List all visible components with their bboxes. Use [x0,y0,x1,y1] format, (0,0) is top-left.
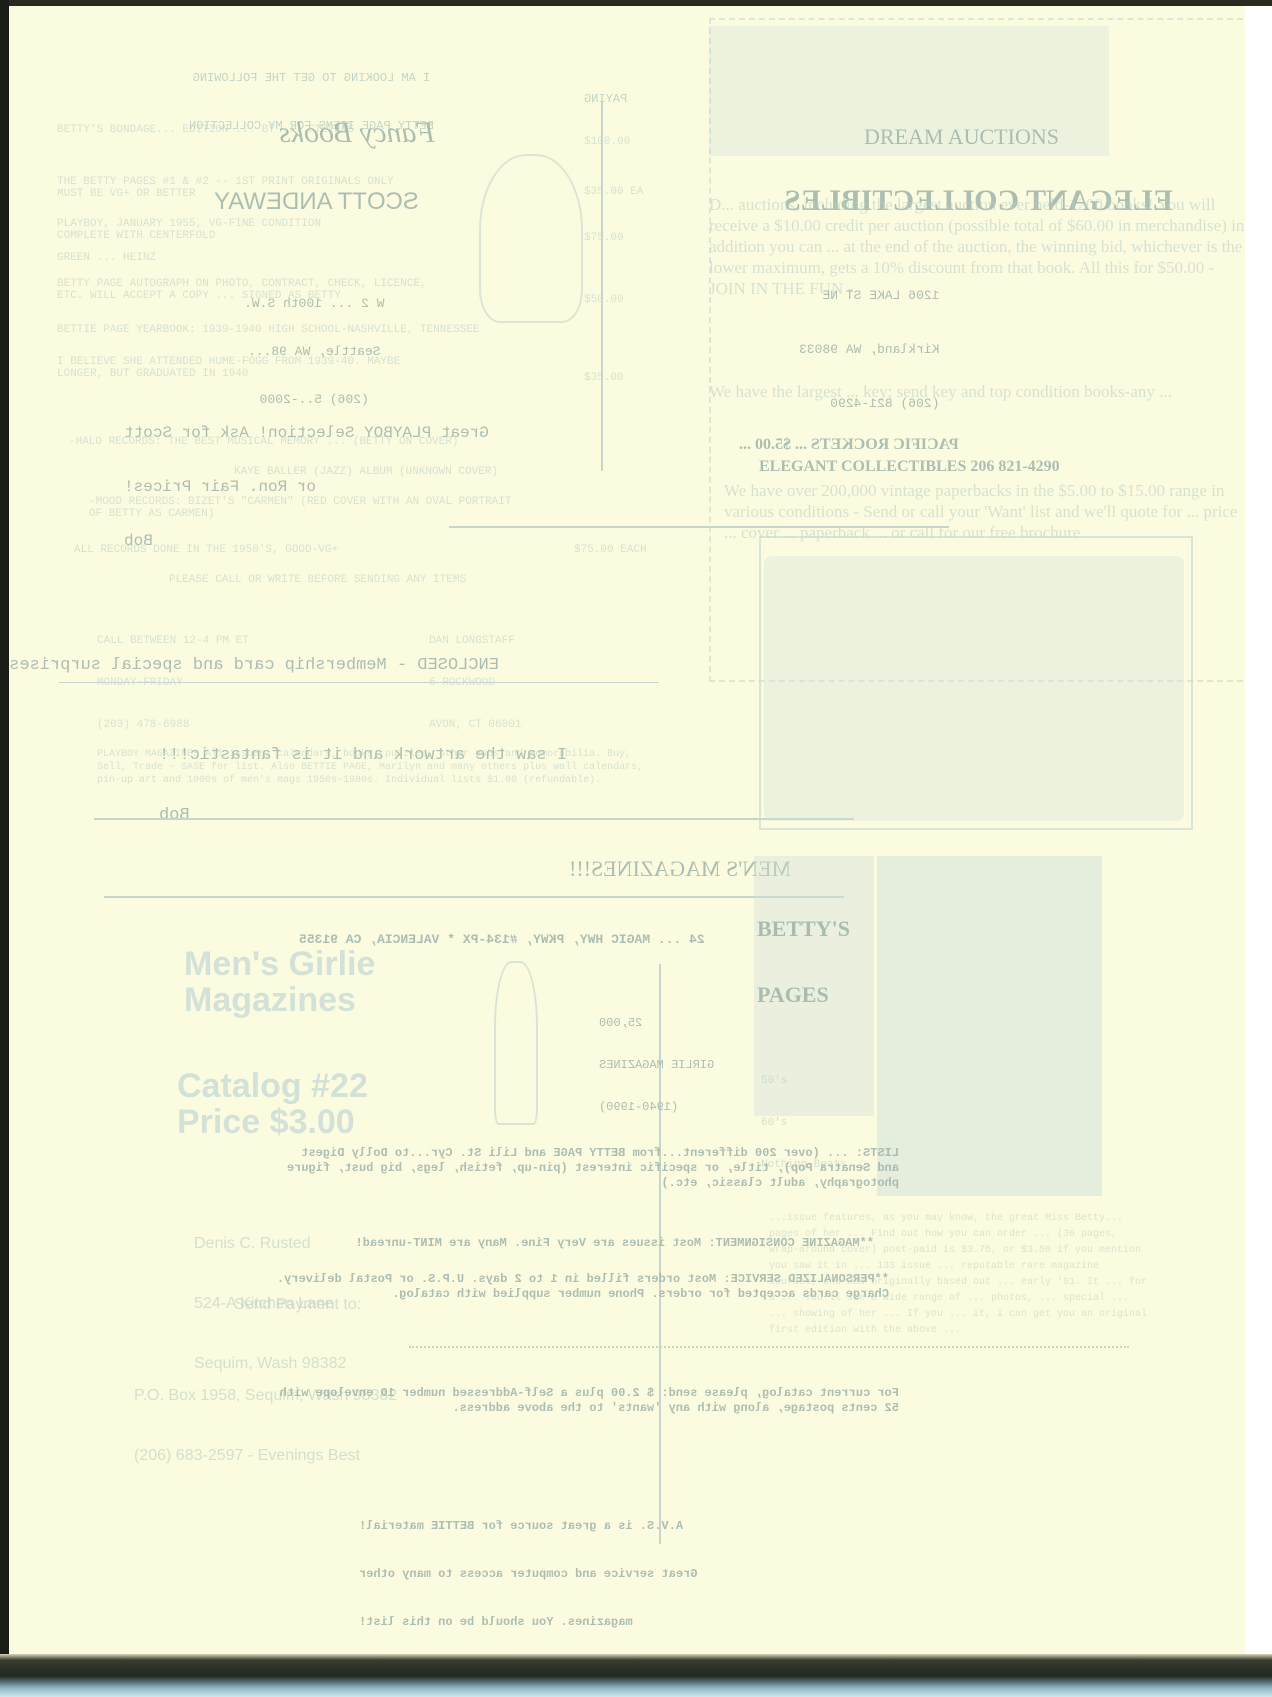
po-box: P.O. Box 1958, Sequim, Wash 98382 (206) … [134,1346,397,1506]
wanted-price: $100.00 [584,136,630,148]
pinup-figure [494,961,538,1125]
wanted-price: $35.00 [584,372,624,384]
wanted-item: GREEN ... HEINZ [57,252,156,264]
separator-stars [409,1346,1129,1350]
bookseller-name: SCOTT ANDEWAY [214,188,419,216]
paying-label: PAYING [584,92,627,106]
wanted-item: PLAYBOY, JANUARY 1955, VG-FINE CONDITION… [57,218,321,242]
sidebar-box: 1206 LAKE ST NE Kirkland, WA 98033 (206)… [799,251,939,449]
lists-text: LISTS: ... (over 200 different...from BE… [279,1146,899,1191]
bookseller-logo: Fancy Books [279,116,435,150]
wanted-price: $75.00 EACH [574,544,647,556]
figure-illustration [479,154,583,323]
catalog-number: Catalog #22 Price $3.00 [177,1068,368,1140]
membership-line: ENCLOSED - Membership card and special s… [0,656,499,675]
divider-vertical [601,101,603,471]
playboy-ad: Great PLAYBOY Selection! Ask for Scott o… [124,388,489,586]
valencia-address: 24 ... MAGIC HWY, PKWY, #134-PX * VALENC… [299,932,705,947]
scan-left-edge [0,0,9,1697]
comic-ad-art [764,556,1184,821]
inventory: 25,000 GIRLIE MAGAZINES (1940-1990) [599,988,714,1142]
catalog-title: Men's Girlie Magazines [184,946,375,1018]
wanted-price: $35.00 EA [584,186,643,198]
playboy-magazines-ad: PLAYBOY MAGAZINES All issues, calendars,… [97,748,657,787]
divider [94,818,854,820]
current-catalog: For current catalog, please send: $ 2.00… [279,1386,899,1416]
closing-text: A.V.S. is a great source for BETTIE mate… [359,1486,697,1662]
magazine-page: I AM LOOKING TO GET THE FOLLOWING BETTY … [9,6,1245,1656]
photo-block [877,856,1102,1196]
wanted-price: $50.00 [584,294,624,306]
scan-bottom-edge [0,1654,1272,1697]
review-text: ...issue features, as you may know, the … [769,1211,1149,1339]
scan-margin [1245,6,1272,1656]
divider [104,896,844,898]
betty-pages-title: BETTY'S PAGES [757,874,850,1050]
underline [59,682,659,683]
wanted-price: $75.00 [584,232,624,244]
